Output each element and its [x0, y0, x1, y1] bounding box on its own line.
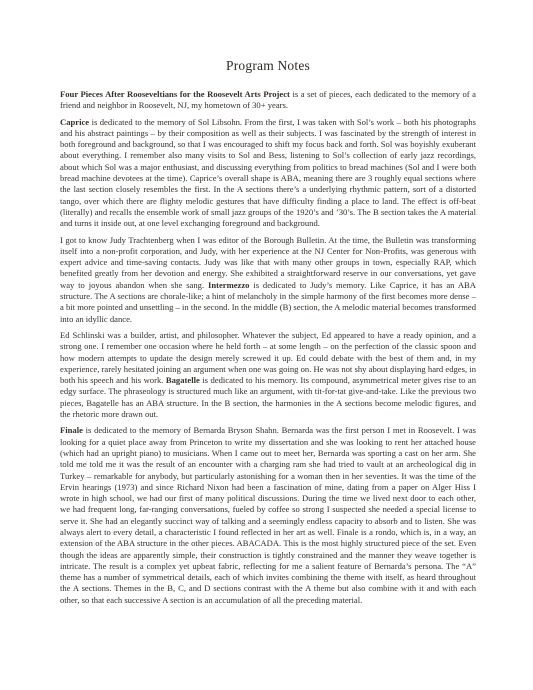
bold-text-run: Finale	[60, 425, 83, 435]
bold-text-run: Four Pieces After Rooseveltians for the …	[60, 89, 290, 99]
paragraph-bagatelle: Ed Schlinski was a builder, artist, and …	[60, 330, 476, 420]
paragraph-intro: Four Pieces After Rooseveltians for the …	[60, 89, 476, 112]
text-run: is dedicated to the memory of Bernarda B…	[60, 425, 476, 604]
paragraph-finale: Finale is dedicated to the memory of Ber…	[60, 425, 476, 606]
paragraph-caprice: Caprice is dedicated to the memory of So…	[60, 117, 476, 230]
bold-text-run: Caprice	[60, 117, 89, 127]
bold-text-run: Bagatelle	[166, 375, 200, 385]
text-run: is dedicated to the memory of Sol Libsoh…	[60, 117, 476, 229]
bold-text-run: Intermezzo	[208, 280, 250, 290]
document-page: Program Notes Four Pieces After Roosevel…	[0, 0, 533, 690]
paragraph-intermezzo: I got to know Judy Trachtenberg when I w…	[60, 235, 476, 325]
document-title: Program Notes	[60, 58, 476, 74]
